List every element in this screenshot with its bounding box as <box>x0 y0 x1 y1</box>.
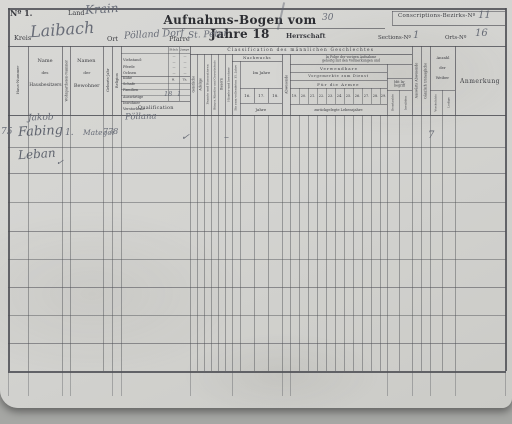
column-hausbesitzer-line2: des <box>28 68 62 76</box>
grid-line <box>392 11 393 25</box>
entry-row2-tally-mark: 7 <box>428 130 434 141</box>
grid-line <box>112 115 113 371</box>
grid-line <box>8 147 506 148</box>
grid-line <box>8 259 506 260</box>
grid-line <box>197 115 198 371</box>
sections-number-label: Sections-Nº <box>378 35 411 41</box>
viehstand-dash: — <box>179 65 190 70</box>
grid-line <box>190 371 191 396</box>
grid-line <box>442 115 443 371</box>
ort-label: Ort <box>107 35 118 43</box>
grid-line <box>335 115 336 371</box>
viehstand-dash: — <box>168 54 179 59</box>
grid-line <box>232 115 233 371</box>
viehstand-unit-col1: H. <box>168 77 179 82</box>
grid-line <box>211 115 212 371</box>
grid-line <box>399 115 400 371</box>
entry-row2-party-number: 1. <box>65 128 74 138</box>
viehstand-head-col1: Stück <box>168 47 179 52</box>
column-beurlaubte: Beurlaubte <box>387 90 399 115</box>
grid-line <box>121 371 122 396</box>
grid-line <box>8 371 506 373</box>
grid-line <box>62 371 63 396</box>
armee-age-cell: 24. <box>335 88 344 104</box>
grid-line <box>421 115 422 371</box>
column-nachwuchs-bis-15: Bis zum vollendeten 15. Jahre <box>232 61 240 115</box>
grid-line <box>103 115 104 371</box>
column-geistliche: Geistliche <box>190 54 197 115</box>
column-verehelichte: Verehelichte <box>430 90 442 115</box>
armee-age-cell: 19. <box>290 88 299 104</box>
grid-line <box>240 115 241 371</box>
grid-line <box>8 371 9 396</box>
inbegriff-label: Mit In-begriff <box>387 78 412 90</box>
grid-line <box>190 115 191 371</box>
column-religion: Religion <box>112 46 121 115</box>
sheet-number: Nº 1. <box>10 8 32 18</box>
grid-line <box>371 115 372 371</box>
column-bewohner-line2: der <box>70 68 103 76</box>
armee-age-cell: 22. <box>317 88 326 104</box>
viehstand-dash: — <box>179 71 190 76</box>
viehstand-dash: — <box>168 65 179 70</box>
column-bauern: Bauern <box>218 54 225 115</box>
armee-age-cell: 26. <box>353 88 362 104</box>
pfarre-value-handwriting: St. Peter <box>188 29 228 41</box>
grid-line <box>317 115 318 371</box>
nachwuchs-title: Nachwuchs <box>232 54 282 61</box>
armee-age-cell: 27. <box>362 88 371 104</box>
column-gaenzlich-untaugliche: Gänzlich Untaugliche <box>421 46 430 115</box>
grid-line <box>232 371 233 396</box>
entry-row1-owner-name: Jakob <box>28 113 54 124</box>
grid-line <box>380 115 381 371</box>
grid-line <box>387 115 388 371</box>
scanned-census-sheet: { "header": { "sheet_no": "Nº 1.", "land… <box>0 0 512 424</box>
grid-line <box>353 115 354 371</box>
verwendbare-label: Verwendbare <box>290 64 387 72</box>
grid-line <box>8 315 506 316</box>
orts-number-value: 16 <box>475 28 488 39</box>
grid-line <box>412 115 413 371</box>
armee-age-cell: 23. <box>326 88 335 104</box>
grid-line <box>299 115 300 371</box>
grid-line <box>290 371 291 396</box>
nachwuchs-age-cell: 18. <box>268 88 282 103</box>
weiber-title-line1: Anzahl <box>430 52 455 62</box>
viehstand-head-col2: Junge <box>179 47 190 52</box>
weiber-title-line3: Weiber <box>430 72 455 82</box>
grid-line <box>112 371 113 396</box>
grid-line <box>8 202 506 203</box>
grid-line <box>225 115 226 371</box>
kreis-label: Kreis <box>14 34 31 42</box>
grid-line <box>412 371 413 396</box>
kreis-value-handwriting: Laibach <box>29 18 94 41</box>
weiber-title-line2: der <box>430 62 455 72</box>
viehstand-dash: — <box>179 60 190 65</box>
entry-row3-owner-name: Leban <box>18 146 57 163</box>
grid-line <box>8 173 506 174</box>
column-ledige: Ledige <box>442 90 455 115</box>
grid-line <box>204 115 205 371</box>
column-adelige: Adelige <box>197 54 204 115</box>
viehstand-dash: — <box>179 54 190 59</box>
grid-line <box>70 371 71 396</box>
grid-line <box>455 115 456 371</box>
column-invaliden: Invaliden <box>399 90 412 115</box>
orts-number-label: Orts-Nº <box>445 35 466 41</box>
column-geburtsjahr: Geburts-Jahr <box>103 46 112 115</box>
column-bewohner-line3: Bewohner <box>70 80 103 90</box>
nachwuchs-jahre-caption: Jahre <box>240 103 282 115</box>
armee-age-cell: 20. <box>299 88 308 104</box>
grid-line <box>121 115 122 371</box>
armee-group-header: In Folge der vorigen Aufnahme gehörig mi… <box>290 54 412 64</box>
entry-row2-owner-name: Fabing <box>18 123 64 140</box>
entry-row3-tally-mark: ✓ <box>55 158 64 169</box>
sections-number-value: 1 <box>413 30 419 41</box>
grid-line <box>392 25 505 26</box>
entry-row2-house-number: 75 <box>1 127 12 137</box>
column-hausbesitzer-line3: Hausbesitzers <box>28 80 62 90</box>
viehstand-dash: — <box>168 71 179 76</box>
land-value-handwriting: Krain <box>85 1 119 17</box>
grid-line <box>8 287 506 288</box>
column-abwesende: Abwesende <box>282 54 290 115</box>
conscription-district-label: Conscriptions-Bezirks-Nº <box>398 13 476 19</box>
grid-line <box>218 115 219 371</box>
entry-row2-birth-year: 778 <box>103 127 118 136</box>
fuer-die-armee-label: Für die Armee <box>290 80 387 88</box>
grid-line <box>344 115 345 371</box>
land-label: Land <box>68 9 85 17</box>
grid-line <box>430 371 431 396</box>
armee-age-cell: 28. <box>371 88 380 104</box>
herrschaft-label: Herrschaft <box>286 32 325 40</box>
grid-line <box>282 371 283 396</box>
grid-line <box>62 115 63 371</box>
viehstand-dash: — <box>168 60 179 65</box>
census-form-page: Nº 1. Land Krain Aufnahms-Bogen vom Jahr… <box>0 0 512 408</box>
grid-line <box>505 371 506 396</box>
conscription-district-value: 11 <box>478 10 491 21</box>
column-haus-nummer: Haus-Nummer <box>8 46 28 115</box>
armee-age-cell: 25. <box>344 88 353 104</box>
grid-line <box>28 371 29 396</box>
column-auswaerts-abwesende: Auswärts Abwesende <box>412 46 421 115</box>
grid-line <box>8 343 506 344</box>
column-wohnparthei-nummer: Wohnpartheien-Nummer <box>62 46 70 115</box>
grid-line <box>70 115 71 371</box>
column-bewohner-line1: Namen <box>70 55 103 65</box>
classification-title: Classification des männlichen Geschlecht… <box>190 47 412 54</box>
grid-line <box>268 115 269 371</box>
column-hausbesitzer-line1: Name <box>28 55 62 65</box>
grid-line <box>290 115 291 371</box>
grid-line <box>326 115 327 371</box>
vorgemerkte-label: Vorgemerkte zum Dienst <box>290 72 387 80</box>
grid-line <box>254 115 255 371</box>
column-beamte: Beamte und Honoratioren <box>204 54 211 115</box>
armee-age-cell: 29. <box>380 88 387 104</box>
column-buerger: Bürger, Künstler und Gewerbsleute <box>211 54 218 115</box>
armee-age-cell: 21. <box>308 88 317 104</box>
nachwuchs-age-cell: 16. <box>240 88 254 103</box>
viehstand-handwritten-count: 1 <box>177 90 181 98</box>
nachwuchs-age-cell: 17. <box>254 88 268 103</box>
anmerkung-column-label: Anmerkung <box>455 46 506 115</box>
column-haeusler: Häusler und Inwohner <box>225 54 232 115</box>
entry-row2-tally-mark: ✓ <box>180 131 190 143</box>
grid-line <box>455 371 456 396</box>
grid-line <box>387 371 388 396</box>
grid-line <box>8 231 506 232</box>
nachwuchs-im-jahre-label: Im Jahre <box>240 66 282 78</box>
viehstand-handwritten-count: 18 <box>164 90 172 98</box>
viehstand-unit-col2: Th. <box>179 77 190 82</box>
entry-row1-note: Pöllana <box>125 111 157 122</box>
armee-caption: zurückgelegte Lebensjahre <box>290 104 387 115</box>
grid-line <box>430 115 431 371</box>
entry-row2-tally-mark: – <box>224 132 229 143</box>
grid-line <box>362 115 363 371</box>
title-year-handwriting: 30 <box>322 13 333 23</box>
grid-line <box>282 115 283 371</box>
grid-line <box>308 115 309 371</box>
